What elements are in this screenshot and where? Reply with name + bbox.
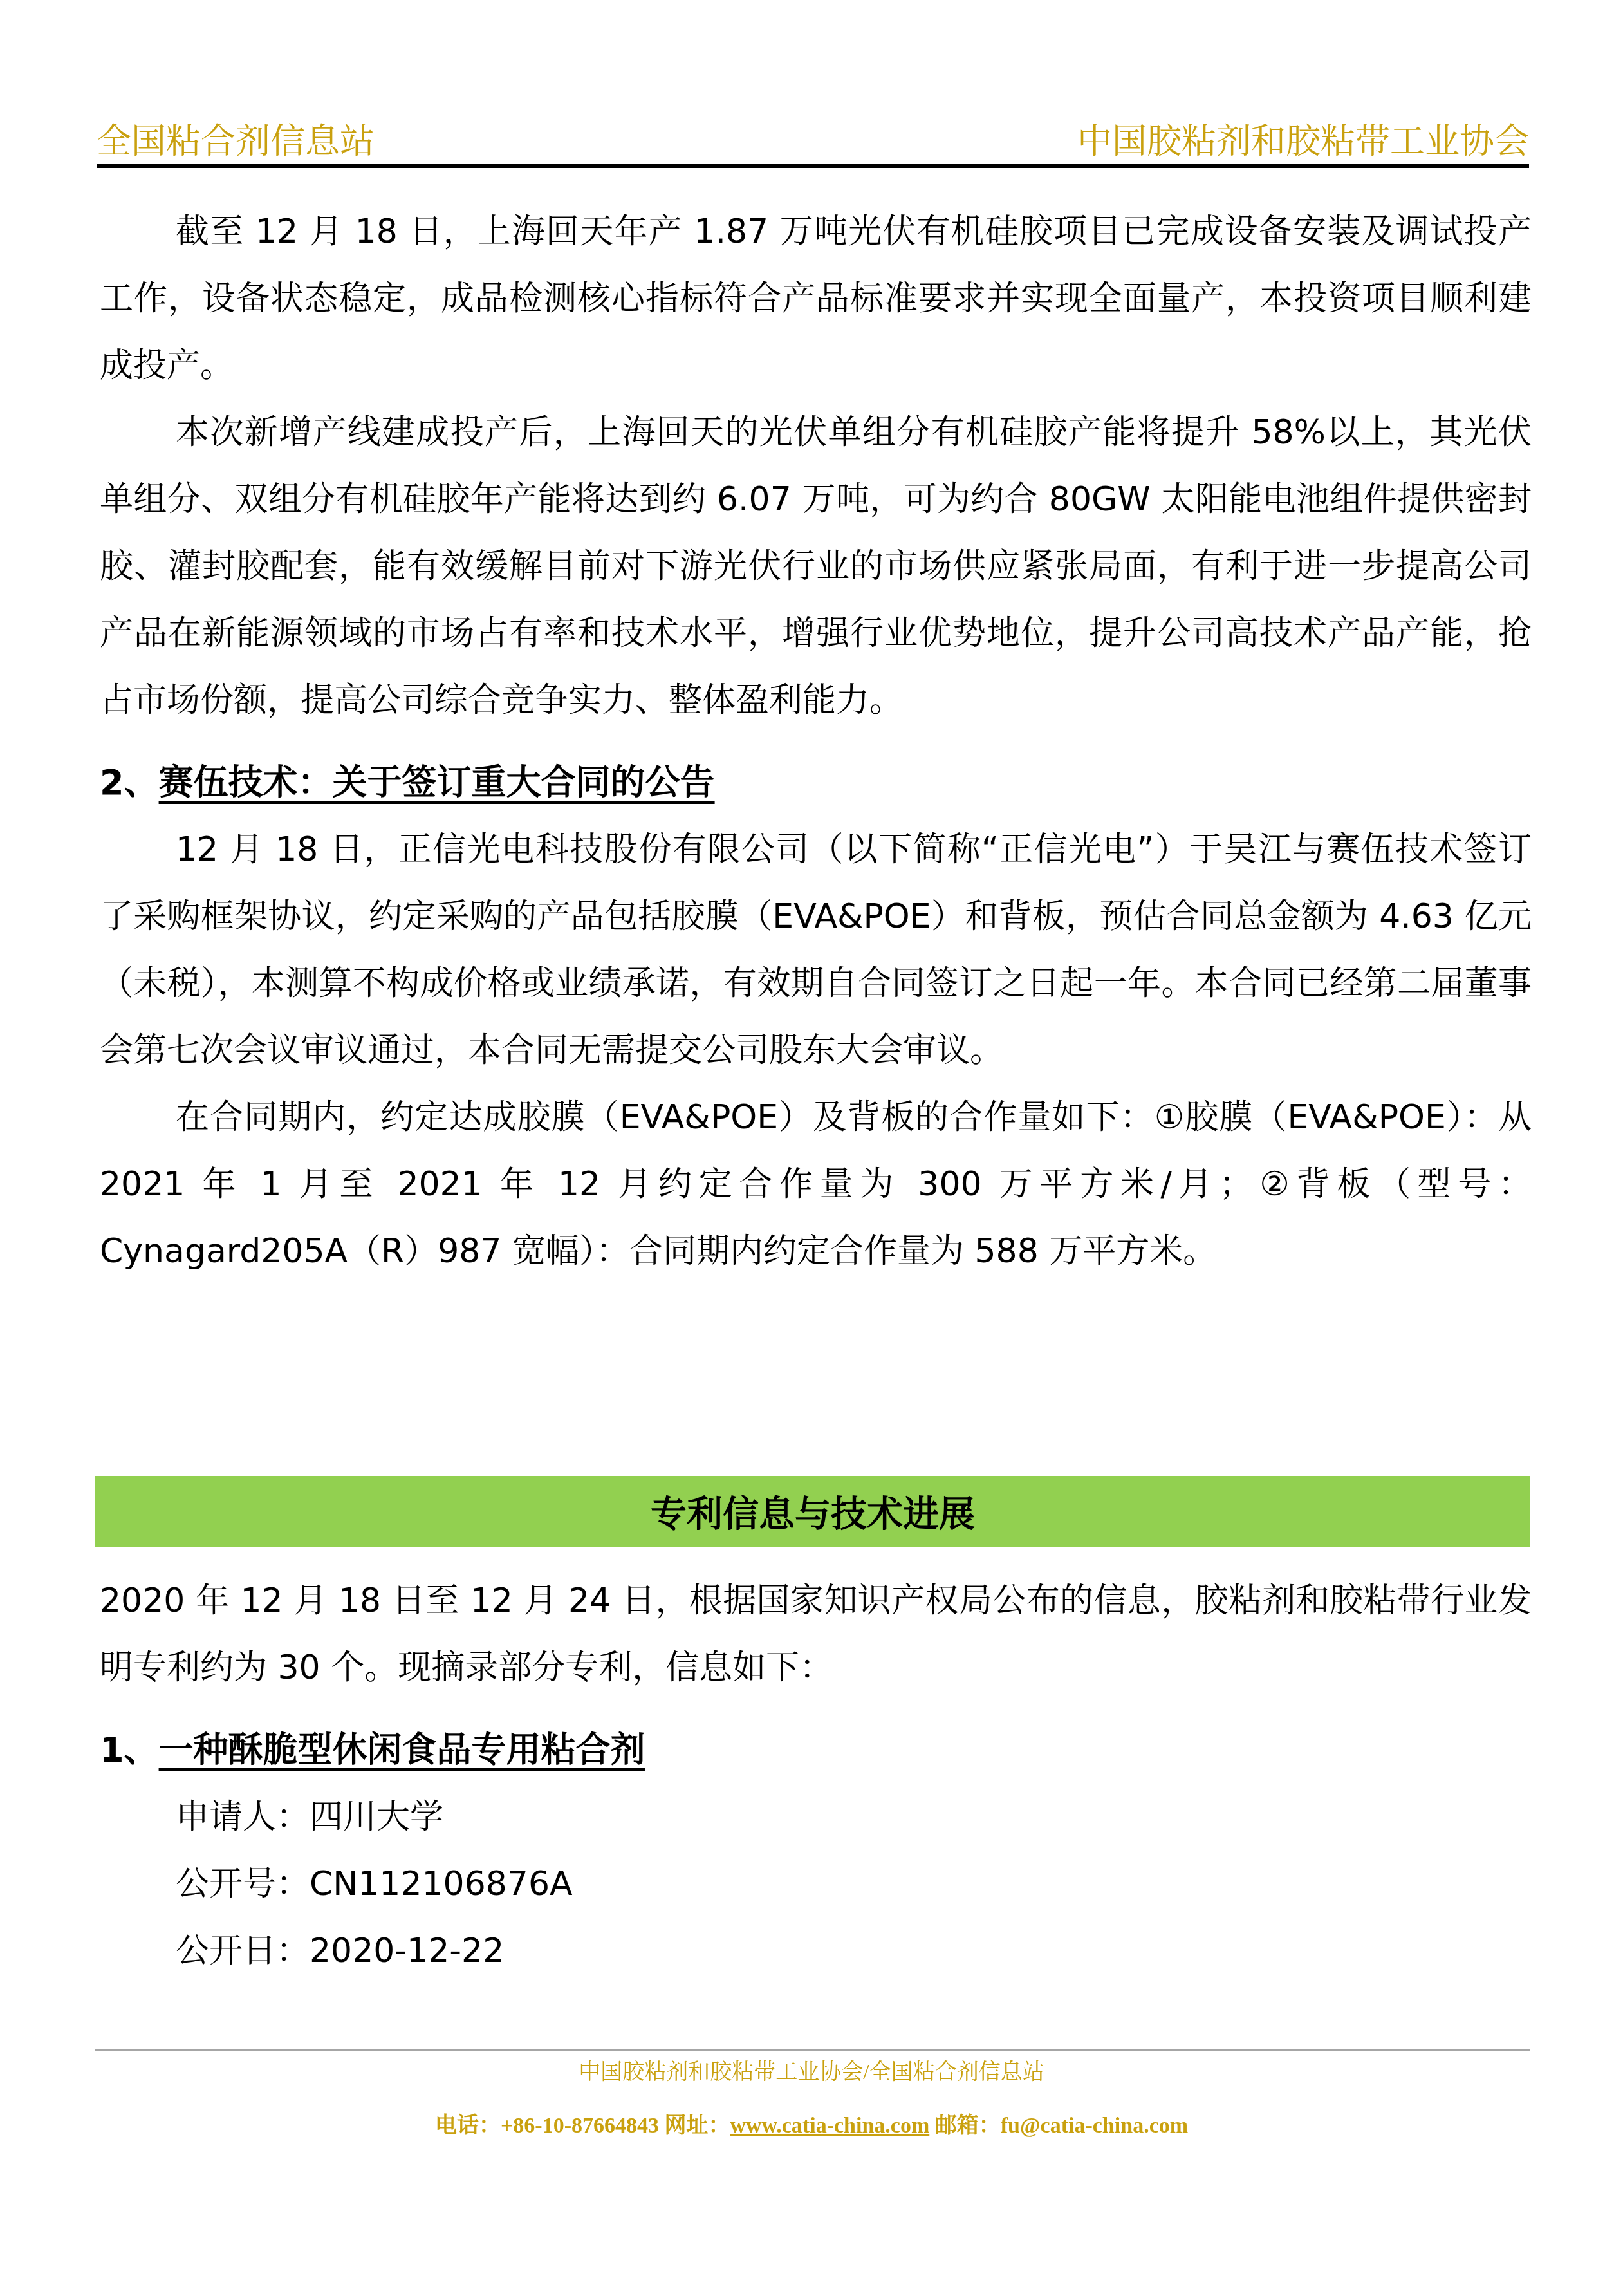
applicant-label: 申请人： (176, 1798, 310, 1836)
article-content: 截至 12 月 18 日，上海回天年产 1.87 万吨光伏有机硅胶项目已完成设备… (100, 198, 1532, 1285)
patent-1-applicant: 申请人：四川大学 (100, 1784, 1532, 1851)
patent-1-heading: 1、一种酥脆型休闲食品专用粘合剂 (100, 1717, 1532, 1784)
news-2-paragraph-2: 在合同期内，约定达成胶膜（EVA&POE）及背板的合作量如下：①胶膜（EVA&P… (100, 1084, 1532, 1285)
pub-date-value: 2020-12-22 (310, 1932, 504, 1970)
applicant-value: 四川大学 (310, 1798, 443, 1836)
news-2-heading: 2、赛伍技术：关于签订重大合同的公告 (100, 749, 1532, 816)
footer-contact-line: 电话：+86-10-87664843 网址：www.catia-china.co… (0, 2110, 1623, 2142)
news-2-number: 2、 (100, 762, 159, 803)
patent-1-title: 一种酥脆型休闲食品专用粘合剂 (159, 1730, 645, 1770)
header-site-name: 全国粘合剂信息站 (97, 116, 375, 167)
header-association-name: 中国胶粘剂和胶粘带工业协会 (1077, 116, 1529, 167)
header-divider (97, 164, 1529, 168)
website-label: 网址： (659, 2114, 730, 2138)
pub-date-label: 公开日： (176, 1932, 310, 1970)
footer-divider (95, 2049, 1530, 2051)
patent-list: 2020 年 12 月 18 日至 12 月 24 日，根据国家知识产权局公布的… (100, 1567, 1532, 1984)
pub-no-label: 公开号： (176, 1865, 310, 1903)
page-header: 全国粘合剂信息站 中国胶粘剂和胶粘带工业协会 (97, 116, 1529, 167)
patent-intro: 2020 年 12 月 18 日至 12 月 24 日，根据国家知识产权局公布的… (100, 1567, 1532, 1701)
footer-org-line: 中国胶粘剂和胶粘带工业协会/全国粘合剂信息站 (0, 2057, 1623, 2089)
patent-1-pub-no: 公开号：CN112106876A (100, 1851, 1532, 1918)
section-banner-title: 专利信息与技术进展 (651, 1486, 975, 1537)
email-address: fu@catia-china.com (1001, 2114, 1188, 2138)
section-banner-patents: 专利信息与技术进展 (95, 1476, 1530, 1547)
email-label: 邮箱： (929, 2114, 1001, 2138)
patent-1-number: 1、 (100, 1730, 159, 1770)
phone-number: +86-10-87664843 (501, 2114, 659, 2138)
news-1-paragraph-1: 截至 12 月 18 日，上海回天年产 1.87 万吨光伏有机硅胶项目已完成设备… (100, 198, 1532, 399)
news-1-paragraph-2: 本次新增产线建成投产后，上海回天的光伏单组分有机硅胶产能将提升 58%以上，其光… (100, 399, 1532, 734)
news-2-title: 赛伍技术：关于签订重大合同的公告 (159, 762, 715, 803)
patent-1-pub-date: 公开日：2020-12-22 (100, 1918, 1532, 1984)
news-2-paragraph-1: 12 月 18 日，正信光电科技股份有限公司（以下简称“正信光电”）于吴江与赛伍… (100, 816, 1532, 1084)
phone-label: 电话： (435, 2114, 501, 2138)
pub-no-value: CN112106876A (310, 1865, 573, 1903)
website-link[interactable]: www.catia-china.com (730, 2114, 929, 2138)
